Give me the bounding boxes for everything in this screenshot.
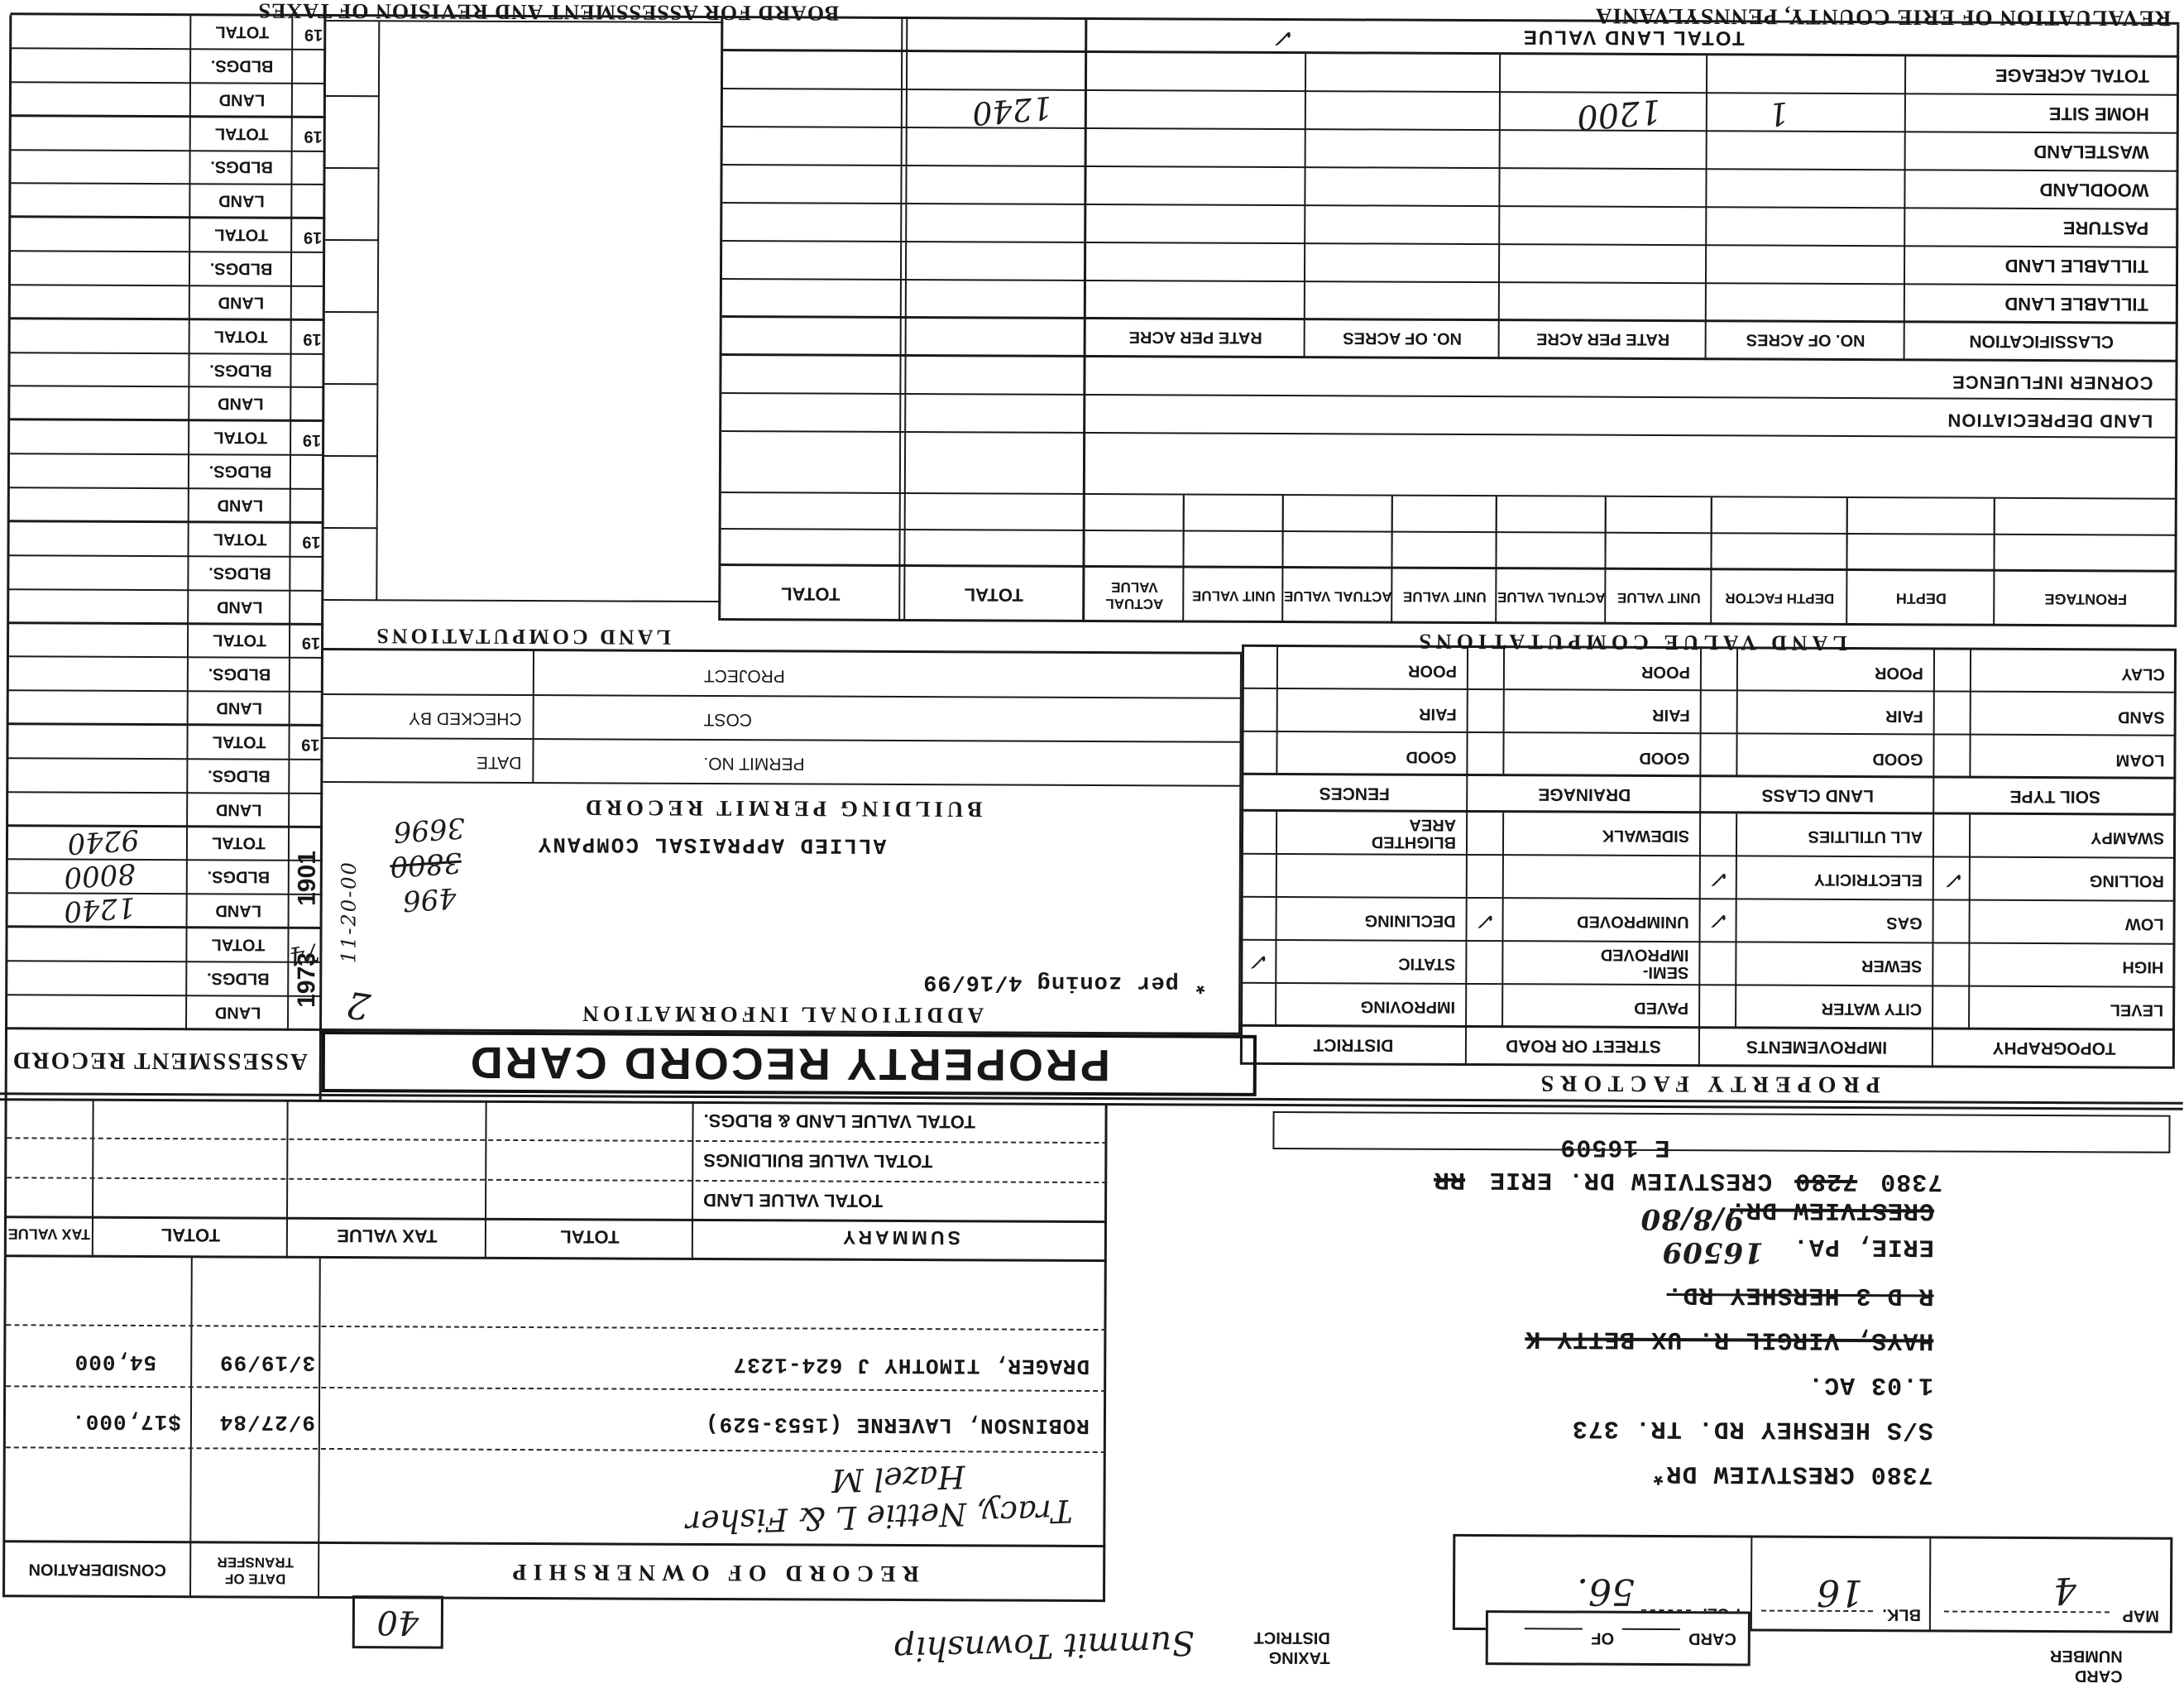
assessment-year-blank: 19 xyxy=(302,633,320,652)
assessment-row-land: LAND xyxy=(189,595,290,619)
footer-board: BOARD FOR ASSESSMENT AND REVISION OF TAX… xyxy=(258,0,840,26)
factor-label: LOW xyxy=(1982,914,2164,933)
address-line-struck: R D 3 HERSHEY RD. xyxy=(1666,1280,1933,1309)
assessment-row-bldgs: BLDGS. xyxy=(187,966,289,990)
date-of-transfer-header: DATE OF TRANSFER xyxy=(191,1547,319,1594)
assessment-row-land: LAND xyxy=(190,189,292,213)
pcl-value: 56. xyxy=(1577,1571,1635,1613)
assessment-row-total: TOTAL xyxy=(190,324,292,348)
total-column-handwritten: 1240 xyxy=(970,89,1053,132)
assessment-year-hand-74: 74 xyxy=(287,937,323,971)
summary-row-label: TOTAL VALUE LAND & BLDGS. xyxy=(703,1110,1099,1133)
assessment-row-land: LAND xyxy=(188,899,290,923)
total-land-value-mark: ✓ xyxy=(1275,23,1296,52)
assessment-row-bldgs: BLDGS. xyxy=(188,764,290,788)
assessment-row-land: LAND xyxy=(187,1000,289,1024)
owner-name-handwritten: Tracy, Nettie L & Fisher xyxy=(685,1493,1073,1541)
assessment-row-land: LAND xyxy=(189,391,291,415)
lvc-total-b: TOTAL xyxy=(721,573,900,615)
check-mark-electricity: ✓ xyxy=(1711,866,1731,893)
summary-col-taxvalue-1: TAX VALUE xyxy=(288,1220,486,1252)
soil-col-fences: FENCES xyxy=(1241,779,1468,808)
assessment-row-land: LAND xyxy=(190,290,292,314)
home-site-acres-handwritten: 1 xyxy=(1767,95,1790,133)
classification-head: RATE PER ACRE xyxy=(1500,324,1707,353)
soil-cell: GOOD xyxy=(1406,747,1456,766)
assessment-bldgs-value: 8000 xyxy=(63,856,136,894)
address-line: 7380 CRESTVIEW DR* xyxy=(1650,1459,1933,1488)
land-computations-title: LAND COMPUTATIONS xyxy=(323,624,721,649)
assessment-row-bldgs: BLDGS. xyxy=(191,54,293,78)
summary-row-label: TOTAL VALUE LAND xyxy=(703,1189,1099,1212)
card-total-blank xyxy=(1525,1628,1583,1647)
factor-label: PAVED xyxy=(1515,997,1688,1017)
soil-cell: POOR xyxy=(1408,661,1457,680)
check-mark-static: ✓ xyxy=(1251,948,1271,976)
soil-col-drainage: DRAINAGE xyxy=(1468,779,1701,808)
lvc-head: FRONTAGE xyxy=(1995,578,2177,621)
class-row-label: WOODLAND xyxy=(2039,179,2148,201)
assessment-row-bldgs: BLDGS. xyxy=(190,257,292,281)
summary-row-label: TOTAL VALUE BUILDINGS xyxy=(703,1149,1099,1172)
check-mark-unimproved: ✓ xyxy=(1478,908,1497,935)
permit-date-label: DATE xyxy=(477,752,522,772)
soil-cell: GOOD xyxy=(1639,748,1689,767)
owner-name-typed: DRAGER, TIMOTHY J 624-1237 xyxy=(733,1352,1090,1379)
land-depreciation-label: LAND DEPRECIATION xyxy=(1947,410,2153,432)
consideration-value: 54,000 xyxy=(74,1350,157,1374)
summary-col-total-2: TOTAL xyxy=(93,1219,288,1251)
card-count-blank xyxy=(1622,1628,1680,1648)
handwritten-value: 496 xyxy=(402,880,457,917)
map-value: 4 xyxy=(2052,1568,2077,1611)
footer-revaluation: REVALUATION OF ERIE COUNTY, PENNSYLVANIA xyxy=(1595,3,2172,31)
assessment-row-bldgs: BLDGS. xyxy=(191,155,293,179)
lvc-head: UNIT VALUE xyxy=(1184,574,1283,616)
class-row-label: WASTELAND xyxy=(2033,141,2148,163)
permit-checkedby-label: CHECKED BY xyxy=(409,707,522,728)
owner-name-handwritten-2: Hazel M xyxy=(831,1459,966,1499)
address-line: 7380 7280 CRESTVIEW DR. ERIE RR xyxy=(1434,1165,1942,1196)
factor-label: IMPROVING xyxy=(1290,996,1455,1016)
lvc-head: DEPTH xyxy=(1847,578,1995,620)
blk-label: BLK. xyxy=(1882,1604,1921,1623)
assessment-row-total: TOTAL xyxy=(188,730,290,754)
classification-head: NO. OF ACRES xyxy=(1707,325,1905,354)
assessment-row-land: LAND xyxy=(188,798,290,822)
additional-information-title: ADDITIONAL INFORMATION xyxy=(322,1000,1240,1030)
soil-col-soiltype: SOIL TYPE xyxy=(1934,781,2176,810)
taxing-district-value: Summit Township xyxy=(893,1623,1195,1668)
assessment-year-blank: 19 xyxy=(304,127,322,146)
assessment-row-total: TOTAL xyxy=(187,933,289,957)
factor-label: SEMI- IMPROVED xyxy=(1597,946,1688,981)
soil-row-label: SAND xyxy=(2118,707,2165,726)
ownership-title: RECORD OF OWNERSHIP xyxy=(319,1549,1105,1595)
assessment-row-land: LAND xyxy=(189,493,291,517)
assessment-total-value: 9240 xyxy=(66,822,140,861)
blk-value: 16 xyxy=(1817,1571,1863,1614)
assessment-row-total: TOTAL xyxy=(189,425,291,449)
handwritten-value-struck: 3800 xyxy=(389,846,462,884)
assessment-year-blank: 19 xyxy=(301,735,319,754)
factor-label: ROLLING xyxy=(1982,870,2164,890)
soil-row-label: LOAM xyxy=(2116,750,2165,769)
lvc-head: ACTUAL VALUE xyxy=(1085,574,1184,616)
building-permit-record-title: BUILDING PERMIT RECORD xyxy=(323,794,1241,823)
assessment-row-total: TOTAL xyxy=(191,122,293,146)
soil-col-landclass: LAND CLASS xyxy=(1701,780,1934,809)
soil-row-label: CLAY xyxy=(2121,664,2165,683)
assessment-row-total: TOTAL xyxy=(191,20,293,44)
factors-col-district: DISTRICT xyxy=(1240,1029,1467,1061)
class-row-label: HOME SITE xyxy=(2049,103,2149,125)
address-line: ERIE, PA. 16509 xyxy=(1661,1231,1934,1266)
assessment-row-land: LAND xyxy=(189,696,290,720)
zoning-note: * per zoning 4/16/99 xyxy=(922,969,1207,995)
factor-label: DECLINING xyxy=(1291,910,1456,930)
soil-cell: FAIR xyxy=(1885,706,1923,725)
assessment-row-total: TOTAL xyxy=(188,831,290,855)
assessment-year-blank: 19 xyxy=(304,228,322,247)
soil-cell: POOR xyxy=(1641,662,1690,681)
check-mark-rolling: ✓ xyxy=(1946,867,1966,894)
classification-head: CLASSIFICATION xyxy=(1905,326,2178,355)
assessment-row-total: TOTAL xyxy=(189,527,291,551)
factor-label: SEWER xyxy=(1748,955,1922,975)
factors-col-street: STREET OR ROAD xyxy=(1467,1029,1700,1062)
transfer-date: 3/19/99 xyxy=(219,1350,315,1375)
address-line-struck: HAYS, VIRGIL R. UX BETTY K xyxy=(1525,1324,1933,1354)
class-row-label: TILLABLE LAND xyxy=(2004,255,2148,277)
factors-col-topography: TOPOGRAPHY xyxy=(1933,1031,2175,1063)
soil-cell: POOR xyxy=(1875,663,1923,682)
assessment-row-bldgs: BLDGS. xyxy=(189,561,290,585)
classification-head: RATE PER ACRE xyxy=(1086,323,1305,352)
empty-strip-box xyxy=(1272,1111,2170,1153)
soil-cell: FAIR xyxy=(1419,704,1457,723)
zip-handwritten: 16509 xyxy=(1661,1235,1763,1269)
assessment-year-blank: 19 xyxy=(303,329,321,348)
assessment-record-title: ASSESSMENT RECORD xyxy=(6,1039,314,1082)
land-value-computations-title: LAND VALUE COMPUTATIONS xyxy=(1176,627,2086,656)
class-row-label: PASTURE xyxy=(2063,217,2149,238)
factor-label: SWAMPY xyxy=(1982,827,2164,847)
factor-label: UNIMPROVED xyxy=(1516,911,1689,931)
lvc-total-a: TOTAL xyxy=(903,573,1085,616)
lvc-head: ACTUAL VALUE xyxy=(1283,575,1392,617)
assessment-year-blank: 19 xyxy=(304,25,323,44)
factor-label: HIGH xyxy=(1981,957,2163,976)
lvc-head: UNIT VALUE xyxy=(1392,576,1497,618)
card-of-box: CARD OF xyxy=(1486,1610,1751,1666)
transfer-date: 9/27/84 xyxy=(219,1409,315,1435)
permit-cost-label: COST xyxy=(704,709,861,730)
assessment-row-total: TOTAL xyxy=(189,628,290,652)
property-record-card-title-box: PROPERTY RECORD CARD xyxy=(322,1031,1257,1096)
corner-note-value: 40 xyxy=(376,1603,419,1641)
assessment-year-1901: 1901 xyxy=(290,832,326,926)
assessment-row-bldgs: BLDGS. xyxy=(189,662,290,686)
lvc-head: DEPTH FACTOR xyxy=(1712,577,1847,619)
factor-label: LEVEL xyxy=(1981,1000,2163,1019)
property-factors-title: PROPERTY FACTORS xyxy=(1240,1067,2175,1101)
factor-label: GAS xyxy=(1749,912,1923,932)
factor-label: STATIC xyxy=(1290,953,1455,973)
summary-col-total-1: TOTAL xyxy=(486,1220,693,1253)
factor-label: BLIGHTED AREA xyxy=(1361,815,1456,851)
card-number-label: CARD NUMBER xyxy=(2050,1646,2123,1686)
map-label: MAP xyxy=(2122,1605,2159,1624)
lvc-head: UNIT VALUE xyxy=(1606,577,1712,619)
check-mark-gas: ✓ xyxy=(1711,907,1731,934)
soil-cell: FAIR xyxy=(1652,705,1690,724)
assessment-row-bldgs: BLDGS. xyxy=(189,358,291,382)
consideration-value: $17,000. xyxy=(71,1409,181,1435)
factor-label: ELECTRICITY xyxy=(1749,869,1923,889)
summary-col-taxvalue-2: TAX VALUE xyxy=(5,1218,93,1249)
address-line: 1.03 AC. xyxy=(1808,1370,1933,1399)
assessment-year-blank: 19 xyxy=(302,532,320,551)
card-of-card-label: CARD xyxy=(1688,1629,1736,1648)
class-row-label: TOTAL ACREAGE xyxy=(1995,65,2149,87)
card-of-of-label: OF xyxy=(1591,1628,1614,1647)
scanned-property-record-card: CARD NUMBER MAP BLK. PCL. 4 16 56. CARD … xyxy=(0,0,2184,1688)
appraisal-company: ALLIED APPRAISAL COMPANY xyxy=(463,832,960,859)
assessment-row-bldgs: BLDGS. xyxy=(188,865,290,889)
assessment-row-bldgs: BLDGS. xyxy=(189,459,291,483)
soil-cell: GOOD xyxy=(1872,749,1923,768)
factor-label: CITY WATER xyxy=(1748,998,1922,1018)
assessment-row-land: LAND xyxy=(191,88,293,112)
corner-influence-label: CORNER INFLUENCE xyxy=(1952,372,2153,394)
classification-head: NO. OF ACRES xyxy=(1305,324,1500,352)
assessment-row-total: TOTAL xyxy=(190,223,292,247)
address-line: S/S HERSHEY RD. TR. 373 xyxy=(1572,1414,1933,1444)
factor-label: ALL UTILITIES xyxy=(1749,826,1923,846)
handwritten-side-date: 11-20-00 xyxy=(337,806,361,963)
date-handwritten: 9/8/80 xyxy=(1640,1202,1744,1236)
permit-project-label: PROJECT xyxy=(704,665,861,686)
assessment-land-value: 1240 xyxy=(63,890,136,928)
upside-down-scan-wrapper: CARD NUMBER MAP BLK. PCL. 4 16 56. CARD … xyxy=(0,0,2184,1688)
lvc-head: ACTUAL VALUE xyxy=(1497,576,1606,618)
factor-label: SIDEWALK xyxy=(1516,825,1689,845)
summary-header: SUMMARY xyxy=(693,1221,1107,1254)
home-site-rate-handwritten: 1200 xyxy=(1575,92,1662,137)
permit-no-label: PERMIT NO. xyxy=(703,753,860,774)
assessment-year-blank: 19 xyxy=(303,430,321,449)
class-row-label: TILLABLE LAND xyxy=(2004,293,2148,315)
property-record-card-title: PROPERTY RECORD CARD xyxy=(468,1037,1110,1091)
owner-name-typed: ROBINSON, LAVERNE (1553-529) xyxy=(705,1412,1090,1438)
consideration-header: CONSIDERATION xyxy=(3,1546,191,1593)
taxing-district-label: TAXING DISTRICT xyxy=(1253,1628,1329,1667)
corner-note-box: 40 xyxy=(352,1595,443,1648)
address-line: CRESTVIEW DR. 9/8/80 xyxy=(1640,1195,1934,1230)
factors-col-improvements: IMPROVEMENTS xyxy=(1700,1030,1933,1062)
